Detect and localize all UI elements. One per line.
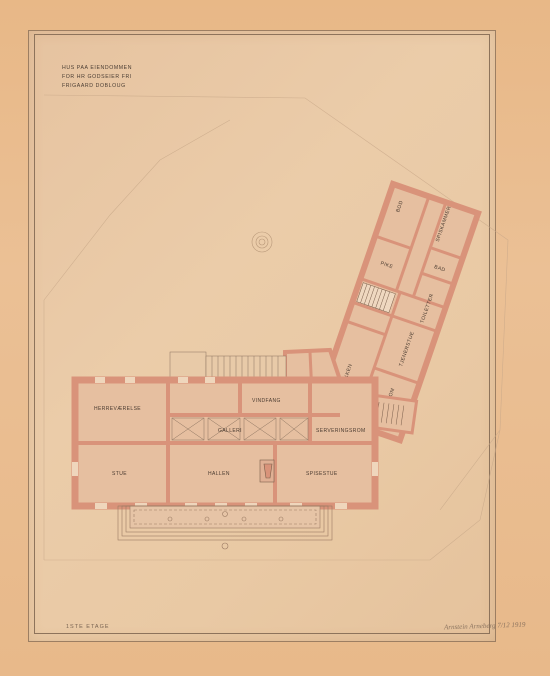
label-hallen: HALLEN: [208, 471, 230, 477]
label-stue: STUE: [112, 471, 127, 477]
label-vindfang: VINDFANG: [252, 398, 281, 404]
site-circle-marker: [252, 232, 272, 252]
label-herreværelse: HERREVÆRELSE: [94, 406, 141, 412]
floor-plan: BOD PIKE SPISKAMMER BAD TOILETTER TJENER…: [0, 0, 550, 676]
floor-label: 1STE ETAGE: [66, 624, 110, 630]
main-building: HERREVÆRELSE STUE HALLEN SPISESTUE GALLE…: [72, 352, 378, 549]
south-terrace: [118, 506, 332, 549]
label-serveringsrom: SERVERINGSROM: [316, 428, 366, 434]
fireplace: [260, 460, 274, 482]
label-galleri: GALLERI: [218, 428, 242, 434]
label-spisestue: SPISESTUE: [306, 471, 338, 477]
